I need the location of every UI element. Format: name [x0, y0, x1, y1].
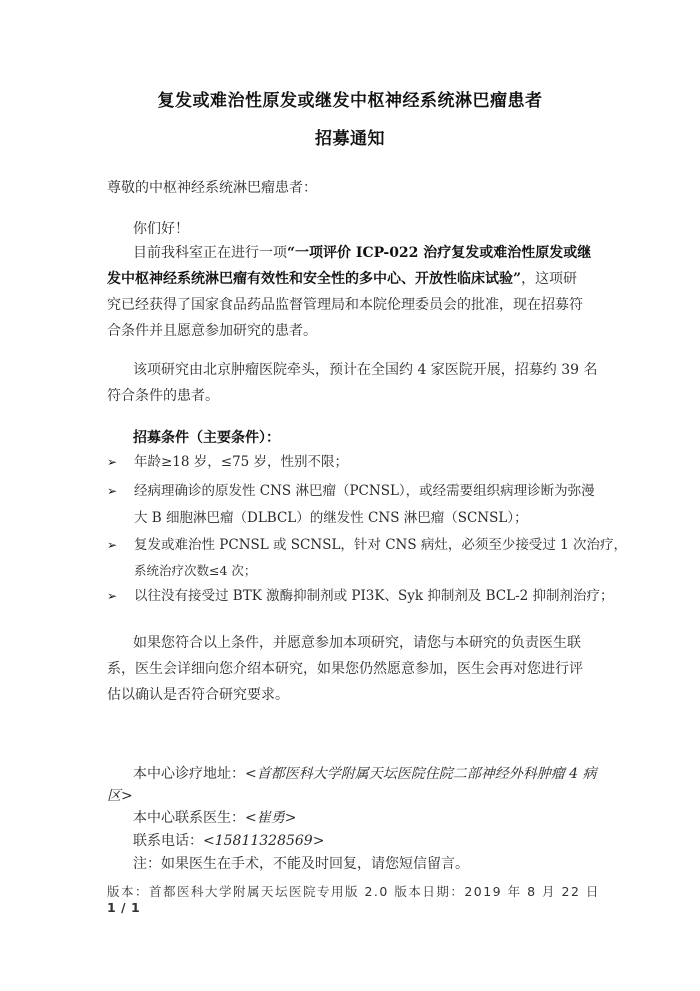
- study-info-line-2: 符合条件的患者。: [107, 386, 587, 406]
- trial-title-part-2: 发中枢神经系统淋巴瘤有效性和安全性的多中心、开放性临床试验”: [107, 271, 521, 287]
- doctor-line: 本中心联系医生：<崔勇>: [133, 808, 613, 828]
- criteria-heading: 招募条件（主要条件）：: [133, 428, 613, 448]
- address-value-continuation: 区>: [107, 786, 587, 806]
- document-subtitle: 招募通知: [0, 124, 700, 149]
- page-number: 1 / 1: [107, 900, 140, 915]
- doctor-value: <崔勇>: [245, 810, 296, 826]
- recruitment-notice-page: 复发或难治性原发或继发中枢神经系统淋巴瘤患者 招募通知 尊敬的中枢神经系统淋巴瘤…: [0, 0, 700, 991]
- doctor-label: 本中心联系医生：: [133, 810, 245, 826]
- trial-title-part-1: “一项评价 ICP-022 治疗复发或难治性原发或继: [287, 245, 591, 261]
- address-label: 本中心诊疗地址：: [133, 766, 245, 782]
- contact-intro-line-1: 如果您符合以上条件，并愿意参加本项研究，请您与本研究的负责医生联: [133, 633, 613, 653]
- intro-line-2-suffix: ，这项研: [521, 271, 577, 287]
- address-line: 本中心诊疗地址：<首都医科大学附属天坛医院住院二部神经外科肿瘤 4 病: [133, 764, 613, 784]
- arrow-bullet-icon: ➢: [107, 452, 117, 472]
- version-info: 版本：首都医科大学附属天坛医院专用版 2.0 版本日期：2019 年 8 月 2…: [107, 882, 600, 900]
- criteria-text: 大 B 细胞淋巴瘤（DLBCL）的继发性 CNS 淋巴瘤（SCNSL）；: [134, 508, 528, 528]
- arrow-bullet-icon: ➢: [107, 535, 117, 555]
- intro-line-2: 发中枢神经系统淋巴瘤有效性和安全性的多中心、开放性临床试验”，这项研: [107, 269, 587, 289]
- greeting: 你们好！: [133, 219, 613, 239]
- criteria-text: 年龄≥18 岁，≤75 岁，性别不限；: [134, 452, 348, 472]
- intro-line-4: 合条件并且愿意参加研究的患者。: [107, 321, 587, 341]
- phone-value: <15811328569>: [203, 833, 324, 849]
- criteria-text: 经病理确诊的原发性 CNS 淋巴瘤（PCNSL），或经需要组织病理诊断为弥漫: [134, 481, 595, 501]
- contact-intro-line-2: 系，医生会详细向您介绍本研究，如果您仍然愿意参加，医生会再对您进行评: [107, 659, 587, 679]
- intro-line-3: 究已经获得了国家食品药品监督管理局和本院伦理委员会的批准，现在招募符: [107, 295, 587, 315]
- document-title: 复发或难治性原发或继发中枢神经系统淋巴瘤患者: [0, 86, 700, 111]
- intro-prefix: 目前我科室正在进行一项: [133, 245, 287, 261]
- phone-line: 联系电话：<15811328569>: [133, 831, 613, 851]
- phone-label: 联系电话：: [133, 833, 203, 849]
- address-value: <首都医科大学附属天坛医院住院二部神经外科肿瘤 4 病: [245, 766, 597, 782]
- arrow-bullet-icon: ➢: [107, 586, 117, 606]
- arrow-bullet-icon: ➢: [107, 481, 117, 501]
- criteria-text: 以往没有接受过 BTK 激酶抑制剂或 PI3K、Syk 抑制剂及 BCL-2 抑…: [134, 586, 614, 606]
- salutation: 尊敬的中枢神经系统淋巴瘤患者：: [107, 178, 587, 198]
- note-line: 注：如果医生在手术，不能及时回复，请您短信留言。: [133, 854, 613, 874]
- criteria-text: 系统治疗次数≤4 次；: [134, 561, 256, 581]
- criteria-text: 复发或难治性 PCNSL 或 SCNSL，针对 CNS 病灶，必须至少接受过 1…: [134, 535, 627, 555]
- contact-intro-line-3: 估以确认是否符合研究要求。: [107, 685, 587, 705]
- intro-line-1: 目前我科室正在进行一项“一项评价 ICP-022 治疗复发或难治性原发或继: [133, 243, 613, 263]
- study-info-line-1: 该项研究由北京肿瘤医院牵头，预计在全国约 4 家医院开展，招募约 39 名: [133, 360, 613, 380]
